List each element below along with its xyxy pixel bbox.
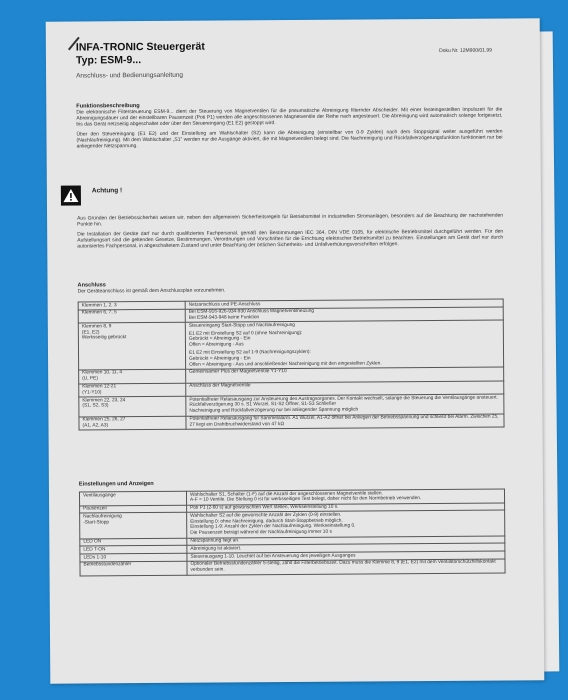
cell-text: Werksseitig gebrückt [82,335,182,341]
terminal-cell: Klemmen 12-21(Y1-Y10) [79,383,186,397]
cell-text: Gemeinsamer Plus der Magnetventile Y1-Y1… [189,368,500,376]
cell-text: (S1, S2, S3) [82,403,182,409]
doc-number: Doku Nr. 12M900/01.99 [439,48,492,54]
description-cell: Optionaler Betriebsstundenzähler 5-stell… [187,559,505,575]
cell-text: Anschluss der Magnetventile [189,382,500,390]
title-line-2: Typ: ESM-9... [76,54,205,68]
cell-text: LEDs 1-10 [83,554,183,560]
document-page: INFA-TRONIC Steuergerät Typ: ESM-9... Do… [46,18,545,683]
table-row: Klemmen 25, 26, 27(A1, A2, A3)Potentialf… [79,414,504,431]
document-title: INFA-TRONIC Steuergerät Typ: ESM-9... [76,41,205,68]
cell-text: (Y1-Y10) [82,390,182,396]
description-cell: Wahlschalter S2 auf die gewünschte Anzah… [187,510,505,537]
funktion-paragraph-2: Über den Steuereingang (E1 E2) und der E… [76,129,502,150]
cell-text: Klemmen 6, 7, 5 [82,310,182,316]
funktion-section: Funktionsbeschreibung Die elektronische … [76,101,502,154]
terminal-cell: Klemmen 22, 23, 24(S1, S2, S3) [79,396,186,416]
terminal-cell: Klemmen 6, 7, 5 [78,309,185,323]
cell-text: (A1, A2, A3) [82,423,182,429]
terminal-cell: Nachlaufreinigung-Start-Stopp [80,513,187,539]
description-cell: Steuereingang Start-Stopp und Nachlaufre… [185,320,503,369]
title-line-1: INFA-TRONIC Steuergerät [76,41,205,55]
anschluss-section: Anschluss Der Geräteanschluss ist gemäß … [78,280,505,431]
cell-text: Optionaler Betriebsstundenzähler 5-stell… [190,560,501,574]
table-row: Nachlaufreinigung-Start-StoppWahlschalte… [80,510,505,538]
warning-triangle-icon [61,185,81,205]
anschluss-table: Klemmen 1, 2, 3Netzanschluss und PE-Ansc… [78,299,505,431]
warning-paragraph-2: Die Installation der Geräte darf nur dur… [77,229,503,250]
terminal-cell: Klemmen 8, 9(E1, E2)Werksseitig gebrückt [78,323,185,370]
cell-text: Betriebsstundenzähler [83,562,183,568]
cell-text: (U, PE) [82,376,182,382]
cell-text: -Start-Stopp [83,519,183,525]
terminal-cell: Klemmen 25, 26, 27(A1, A2, A3) [79,416,186,430]
terminal-cell: Klemmen 10, 11, 4(U, PE) [79,369,186,383]
cell-text: Ventilausgänge [83,492,183,498]
description-cell: Potentialfreier Relaisausgang für Sammel… [186,414,504,430]
warning-heading: Achtung ! [92,187,122,194]
cell-text: Pausenzeit [83,506,183,512]
cell-text: LED T-ON [83,547,183,553]
cell-text: Klemmen 1, 2, 3 [82,302,182,308]
terminal-cell: Ventilausgänge [79,491,186,505]
terminal-cell: Betriebsstundenzähler [80,561,187,575]
table-row: Klemmen 8, 9(E1, E2)Werksseitig gebrückt… [78,320,503,370]
einstellungen-table: VentilausgängeWahlschalter S1, Schalter … [79,489,506,577]
description-cell: Potentialfreier Relaisausgang zur Ansteu… [186,394,504,416]
einstellungen-section: Einstellungen und Anzeigen Ventilausgäng… [79,479,506,577]
table-row: BetriebsstundenzählerOptionaler Betriebs… [80,559,505,576]
funktion-paragraph-1: Die elektronische Filtersteuerung ESM-9.… [76,107,502,128]
document-subtitle: Anschluss- und Bedienungsanleitung [76,72,183,80]
cell-text: Potentialfreier Relaisausgang für Sammel… [189,415,500,429]
warning-section: Aus Gründen der Betriebssicherheit weise… [77,213,503,254]
warning-paragraph-1: Aus Gründen der Betriebssicherheit weise… [77,213,503,228]
cell-text: LED ON [83,539,183,545]
einstellungen-heading: Einstellungen und Anzeigen [79,479,505,488]
